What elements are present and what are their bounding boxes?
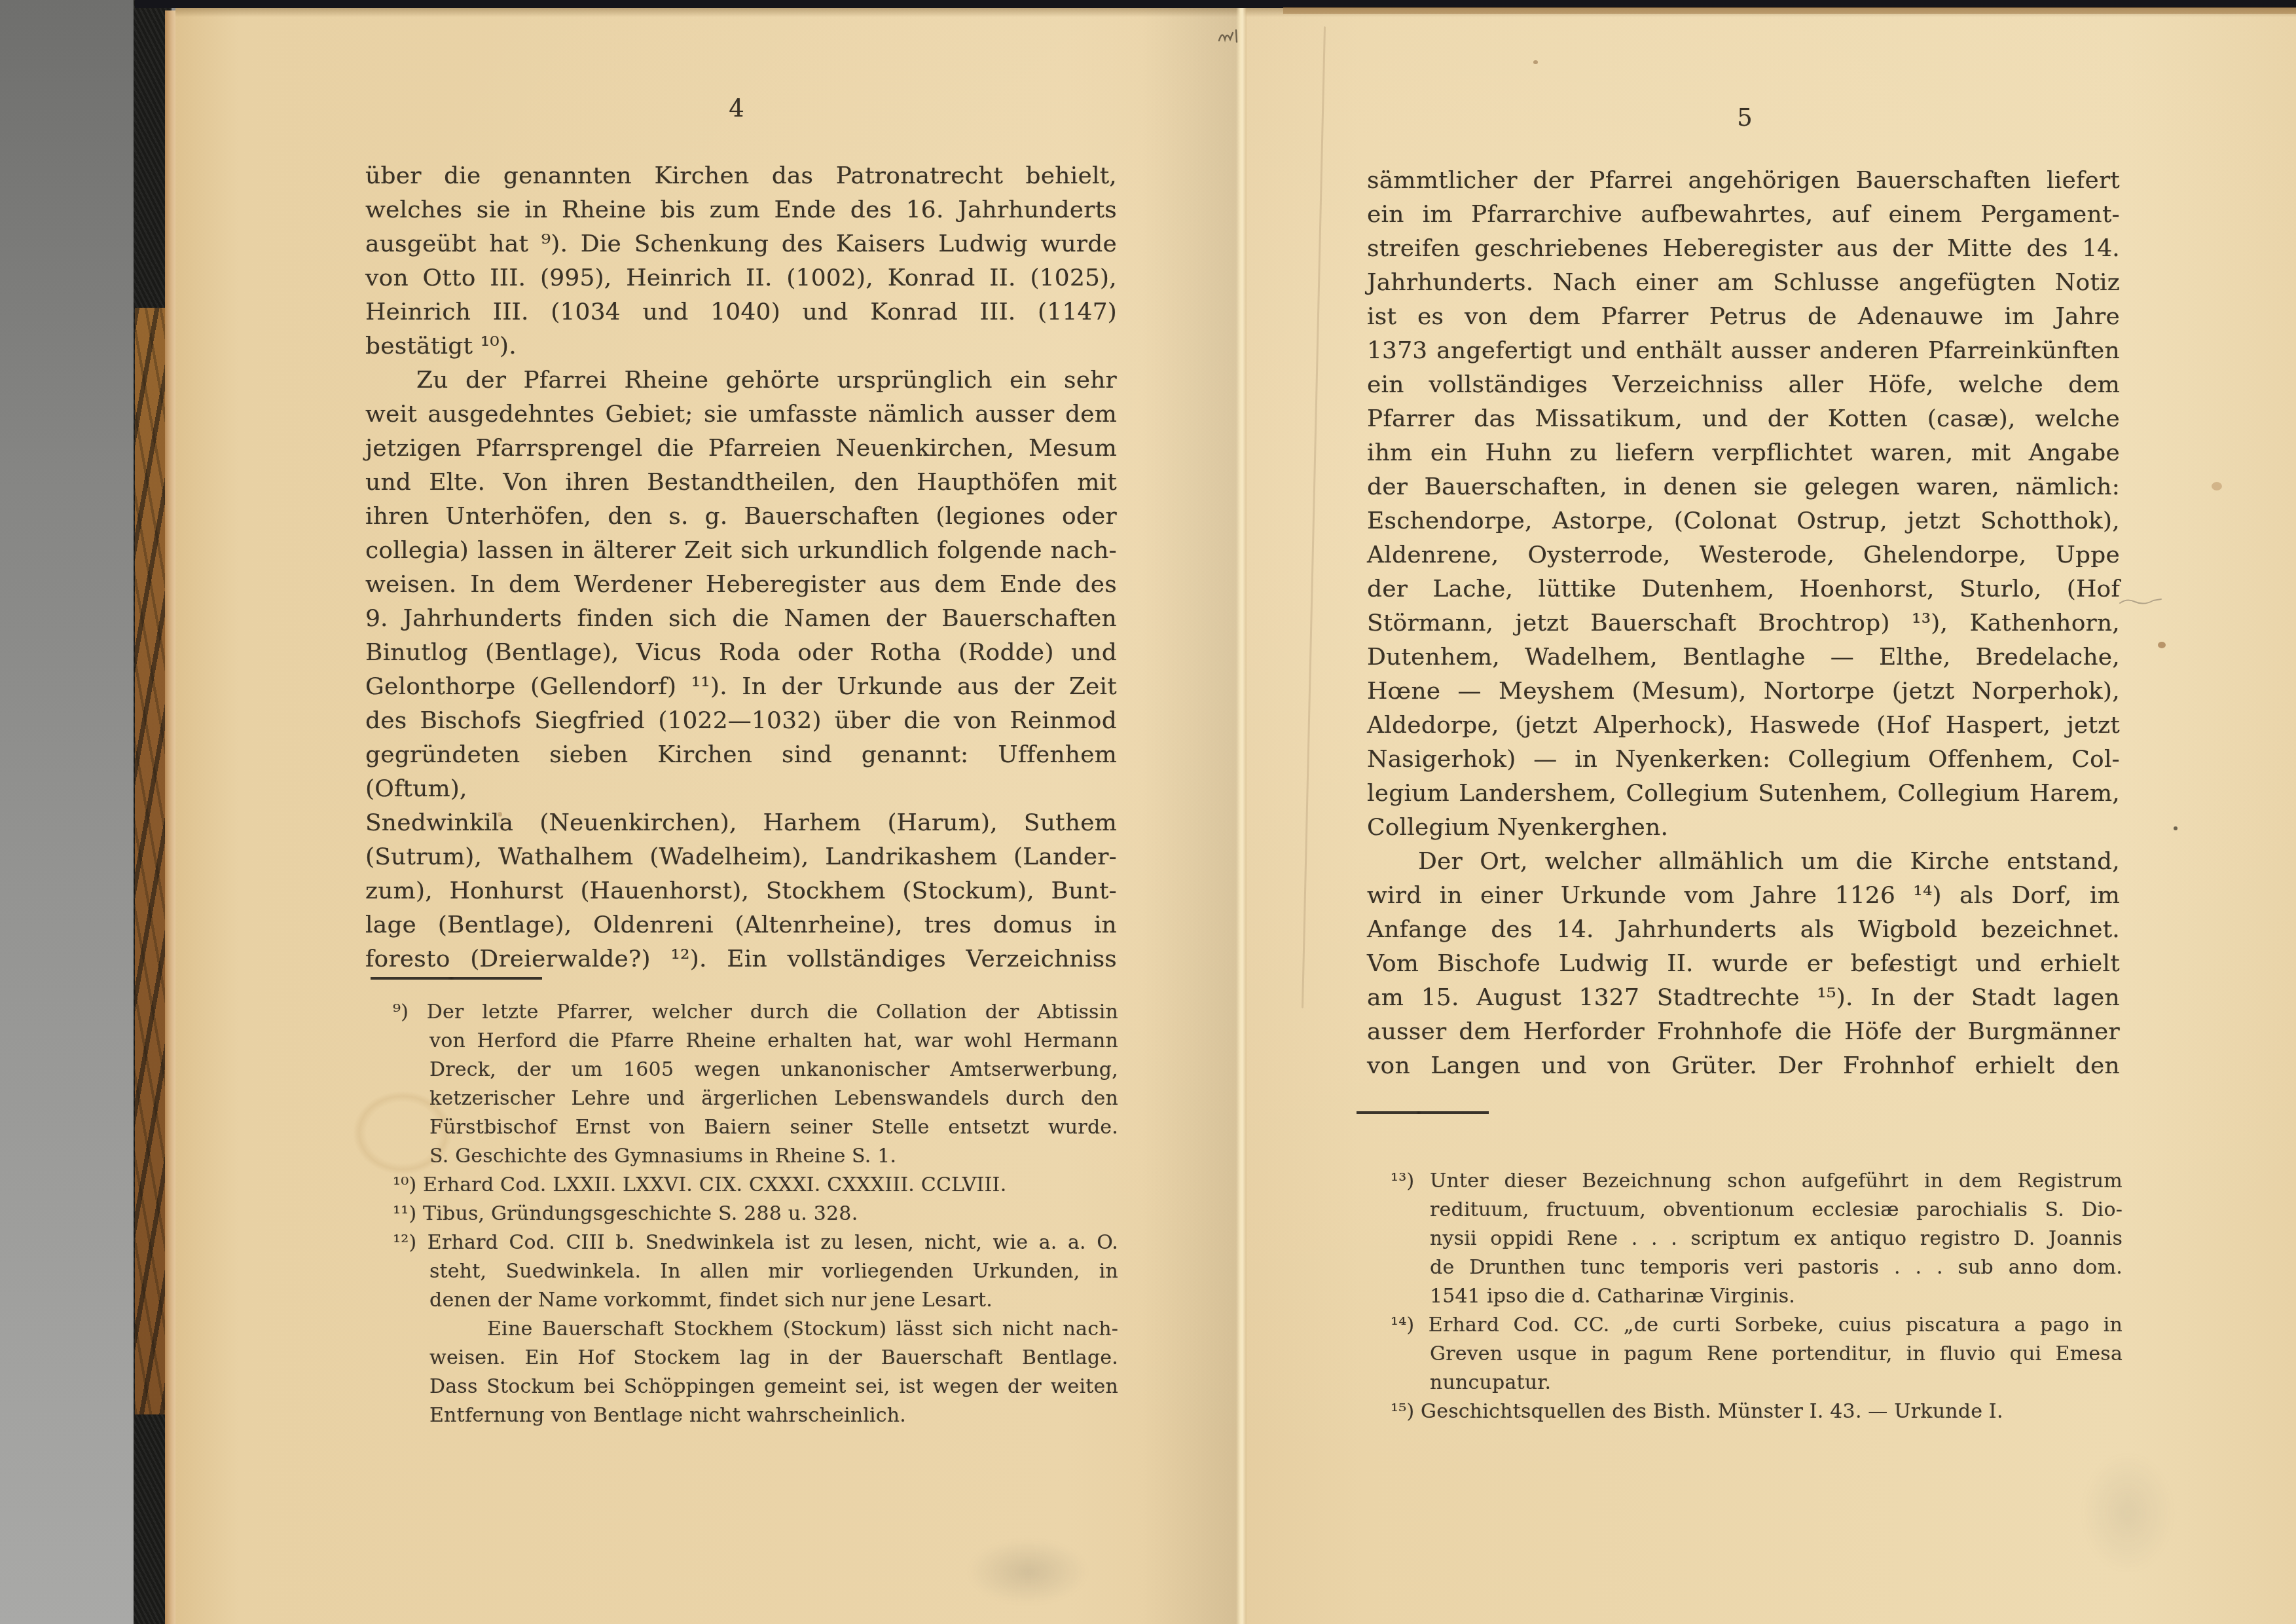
foxing-spot: [2212, 482, 2222, 490]
footnote-separator-left: [371, 977, 542, 980]
text-line: weit ausgedehntes Gebiet; sie umfasste n…: [365, 397, 1117, 432]
text-line: streifen geschriebenes Heberegister aus …: [1367, 232, 2120, 266]
text-line: der Lache, lüttike Dutenhem, Hoenhorst, …: [1367, 572, 2120, 606]
text-line: Dass Stockum bei Schöppingen gemeint sei…: [429, 1373, 1118, 1401]
footnote: ¹⁴) Erhard Cod. CC. „de curti Sorbeke, c…: [1391, 1311, 2123, 1397]
text-line: Snedwinkila (Neuenkirchen), Harhem (Haru…: [365, 806, 1117, 840]
text-line: Jahrhunderts. Nach einer am Schlusse ang…: [1367, 266, 2120, 300]
text-line: steht, Suedwinkela. In allen mir vorlieg…: [429, 1257, 1118, 1286]
left-page-body: über die genannten Kirchen das Patronatr…: [365, 159, 1117, 976]
footnote: ¹⁰) Erhard Cod. LXXII. LXXVI. CIX. CXXXI…: [393, 1171, 1118, 1200]
text-line: über die genannten Kirchen das Patronatr…: [365, 159, 1117, 193]
text-line: ⁹) Der letzte Pfarrer, welcher durch die…: [393, 998, 1118, 1027]
text-line: nuncupatur.: [1430, 1369, 2123, 1397]
page-number-right: 5: [1712, 103, 1777, 132]
book-scan: 4 über die genannten Kirchen das Patrona…: [0, 0, 2296, 1624]
text-line: ¹¹) Tibus, Gründungsgeschichte S. 288 u.…: [393, 1200, 1118, 1228]
text-line: de Drunthen tunc temporis veri pastoris …: [1430, 1253, 2123, 1282]
text-line: 9. Jahrhunderts finden sich die Namen de…: [365, 602, 1117, 636]
text-line: ausser dem Herforder Frohnhofe die Höfe …: [1367, 1015, 2120, 1049]
text-line: Nasigerhok) — in Nyenkerken: Collegium O…: [1367, 743, 2120, 777]
text-line: Störmann, jetzt Bauerschaft Brochtrop) ¹…: [1367, 606, 2120, 640]
text-line: Hœne — Meyshem (Mesum), Nortorpe (jetzt …: [1367, 674, 2120, 709]
text-line: von Herford die Pfarre Rheine erhalten h…: [429, 1027, 1118, 1056]
right-page-footnotes: ¹³) Unter dieser Bezeichnung schon aufge…: [1391, 1167, 2123, 1426]
text-line: weisen. In dem Werdener Heberegister aus…: [365, 568, 1117, 602]
footnote: Eine Bauerschaft Stockhem (Stockum) läss…: [393, 1315, 1118, 1430]
text-line: Eschendorpe, Astorpe, (Colonat Ostrup, j…: [1367, 504, 2120, 538]
text-line: ausgeübt hat ⁹). Die Schenkung des Kaise…: [365, 227, 1117, 261]
text-line: (Sutrum), Wathalhem (Wadelheim), Landrik…: [365, 840, 1117, 874]
foxing-spot: [2158, 642, 2166, 648]
paragraph: Der Ort, welcher allmählich um die Kirch…: [1367, 845, 2120, 1083]
text-line: Greven usque in pagum Rene portenditur, …: [1430, 1340, 2123, 1369]
text-line: von Langen und von Grüter. Der Frohnhof …: [1367, 1049, 2120, 1083]
foxing-spot: [2174, 826, 2178, 830]
text-line: gegründeten sieben Kirchen sind genannt:…: [365, 738, 1117, 806]
text-line: am 15. August 1327 Stadtrechte ¹⁵). In d…: [1367, 981, 2120, 1015]
paragraph: über die genannten Kirchen das Patronatr…: [365, 159, 1117, 363]
footnote: ¹³) Unter dieser Bezeichnung schon aufge…: [1391, 1167, 2123, 1311]
text-line: ¹⁰) Erhard Cod. LXXII. LXXVI. CIX. CXXXI…: [393, 1171, 1118, 1200]
text-line: S. Geschichte des Gymnasiums in Rheine S…: [429, 1142, 1118, 1171]
text-line: Anfange des 14. Jahrhunderts als Wigbold…: [1367, 913, 2120, 947]
text-line: collegia) lassen in älterer Zeit sich ur…: [365, 534, 1117, 568]
text-line: ihm ein Huhn zu liefern verpflichtet war…: [1367, 436, 2120, 470]
smudge-stain: [2062, 1428, 2193, 1598]
text-line: redituum, fructuum, obventionum ecclesiæ…: [1430, 1196, 2123, 1225]
smudge-stain: [943, 1526, 1113, 1617]
text-line: jetzigen Pfarrsprengel die Pfarreien Neu…: [365, 432, 1117, 466]
paragraph: sämmtlicher der Pfarrei angehörigen Baue…: [1367, 164, 2120, 845]
text-line: Gelonthorpe (Gellendorf) ¹¹). In der Urk…: [365, 670, 1117, 704]
text-line: Entfernung von Bentlage nicht wahrschein…: [429, 1401, 1118, 1430]
text-line: Vom Bischofe Ludwig II. wurde er befesti…: [1367, 947, 2120, 981]
text-line: ketzerischer Lehre und ärgerlichen Leben…: [429, 1084, 1118, 1113]
previous-page-edge: [1283, 7, 2296, 14]
ring-stain: [340, 1080, 465, 1185]
text-line: zum), Honhurst (Hauenhorst), Stockhem (S…: [365, 874, 1117, 908]
text-line: 1541 ipso die d. Catharinæ Virginis.: [1430, 1282, 2123, 1311]
text-line: Dreck, der um 1605 wegen unkanonischer A…: [429, 1056, 1118, 1084]
pencil-mark: [2118, 593, 2164, 610]
text-line: von Otto III. (995), Heinrich II. (1002)…: [365, 261, 1117, 295]
text-line: nysii oppidi Rene . . . scriptum ex anti…: [1430, 1225, 2123, 1253]
scanner-background: [0, 0, 139, 1624]
left-page-footnotes: ⁹) Der letzte Pfarrer, welcher durch die…: [393, 998, 1118, 1430]
text-line: ihren Unterhöfen, den s. g. Bauerschafte…: [365, 500, 1117, 534]
text-line: Heinrich III. (1034 und 1040) und Konrad…: [365, 295, 1117, 329]
text-line: weisen. Ein Hof Stockem lag in der Bauer…: [429, 1344, 1118, 1373]
paragraph: Zu der Pfarrei Rheine gehörte ursprüngli…: [365, 363, 1117, 976]
text-line: sämmtlicher der Pfarrei angehörigen Baue…: [1367, 164, 2120, 198]
text-line: ¹²) Erhard Cod. CIII b. Snedwinkela ist …: [393, 1228, 1118, 1257]
text-line: Der Ort, welcher allmählich um die Kirch…: [1367, 845, 2120, 879]
text-line: ¹⁵) Geschichtsquellen des Bisth. Münster…: [1391, 1397, 2123, 1426]
footnote: ¹⁵) Geschichtsquellen des Bisth. Münster…: [1391, 1397, 2123, 1426]
page-number-left: 4: [704, 94, 769, 122]
text-line: Aldenrene, Oysterrode, Westerode, Ghelen…: [1367, 538, 2120, 572]
text-line: ein im Pfarrarchive aufbewahrtes, auf ei…: [1367, 198, 2120, 232]
text-line: der Bauerschaften, in denen sie gelegen …: [1367, 470, 2120, 504]
text-line: ¹⁴) Erhard Cod. CC. „de curti Sorbeke, c…: [1391, 1311, 2123, 1340]
text-line: Eine Bauerschaft Stockhem (Stockum) läss…: [429, 1315, 1118, 1344]
text-line: des Bischofs Siegfried (1022—1032) über …: [365, 704, 1117, 738]
text-line: foresto (Dreierwalde?) ¹²). Ein vollstän…: [365, 942, 1117, 976]
foxing-spot: [498, 812, 502, 817]
text-line: 1373 angefertigt und enthält ausser ande…: [1367, 334, 2120, 368]
gutter-shadow: [1142, 8, 1241, 1624]
text-line: ein vollständiges Verzeichniss aller Höf…: [1367, 368, 2120, 402]
text-line: und Elte. Von ihren Bestandtheilen, den …: [365, 466, 1117, 500]
text-line: Dutenhem, Wadelhem, Bentlaghe — Elthe, B…: [1367, 640, 2120, 674]
text-line: Zu der Pfarrei Rheine gehörte ursprüngli…: [365, 363, 1117, 397]
foxing-spot: [1533, 60, 1538, 64]
text-line: bestätigt ¹⁰).: [365, 329, 1117, 363]
text-line: lage (Bentlage), Oldenreni (Altenrheine)…: [365, 908, 1117, 942]
text-line: legium Landershem, Collegium Sutenhem, C…: [1367, 777, 2120, 811]
text-line: Pfarrer das Missatikum, und der Kotten (…: [1367, 402, 2120, 436]
text-line: Aldedorpe, (jetzt Alperhock), Haswede (H…: [1367, 709, 2120, 743]
text-line: wird in einer Urkunde vom Jahre 1126 ¹⁴)…: [1367, 879, 2120, 913]
text-line: ist es von dem Pfarrer Petrus de Adenauw…: [1367, 300, 2120, 334]
gutter-fold-highlight: [1236, 8, 1247, 1624]
text-line: Fürstbischof Ernst von Baiern seiner Ste…: [429, 1113, 1118, 1142]
text-line: denen der Name vorkommt, findet sich nur…: [429, 1286, 1118, 1315]
foxing-spot: [1888, 965, 1894, 971]
footnote: ¹²) Erhard Cod. CIII b. Snedwinkela ist …: [393, 1228, 1118, 1315]
text-line: ¹³) Unter dieser Bezeichnung schon aufge…: [1391, 1167, 2123, 1196]
footnote: ¹¹) Tibus, Gründungsgeschichte S. 288 u.…: [393, 1200, 1118, 1228]
ink-mark: [1216, 26, 1245, 46]
text-line: welches sie in Rheine bis zum Ende des 1…: [365, 193, 1117, 227]
right-page-body: sämmtlicher der Pfarrei angehörigen Baue…: [1367, 164, 2120, 1083]
footnote-separator-right: [1357, 1111, 1489, 1114]
text-line: Binutlog (Bentlage), Vicus Roda oder Rot…: [365, 636, 1117, 670]
text-line: Collegium Nyenkerghen.: [1367, 811, 2120, 845]
footnote: ⁹) Der letzte Pfarrer, welcher durch die…: [393, 998, 1118, 1171]
